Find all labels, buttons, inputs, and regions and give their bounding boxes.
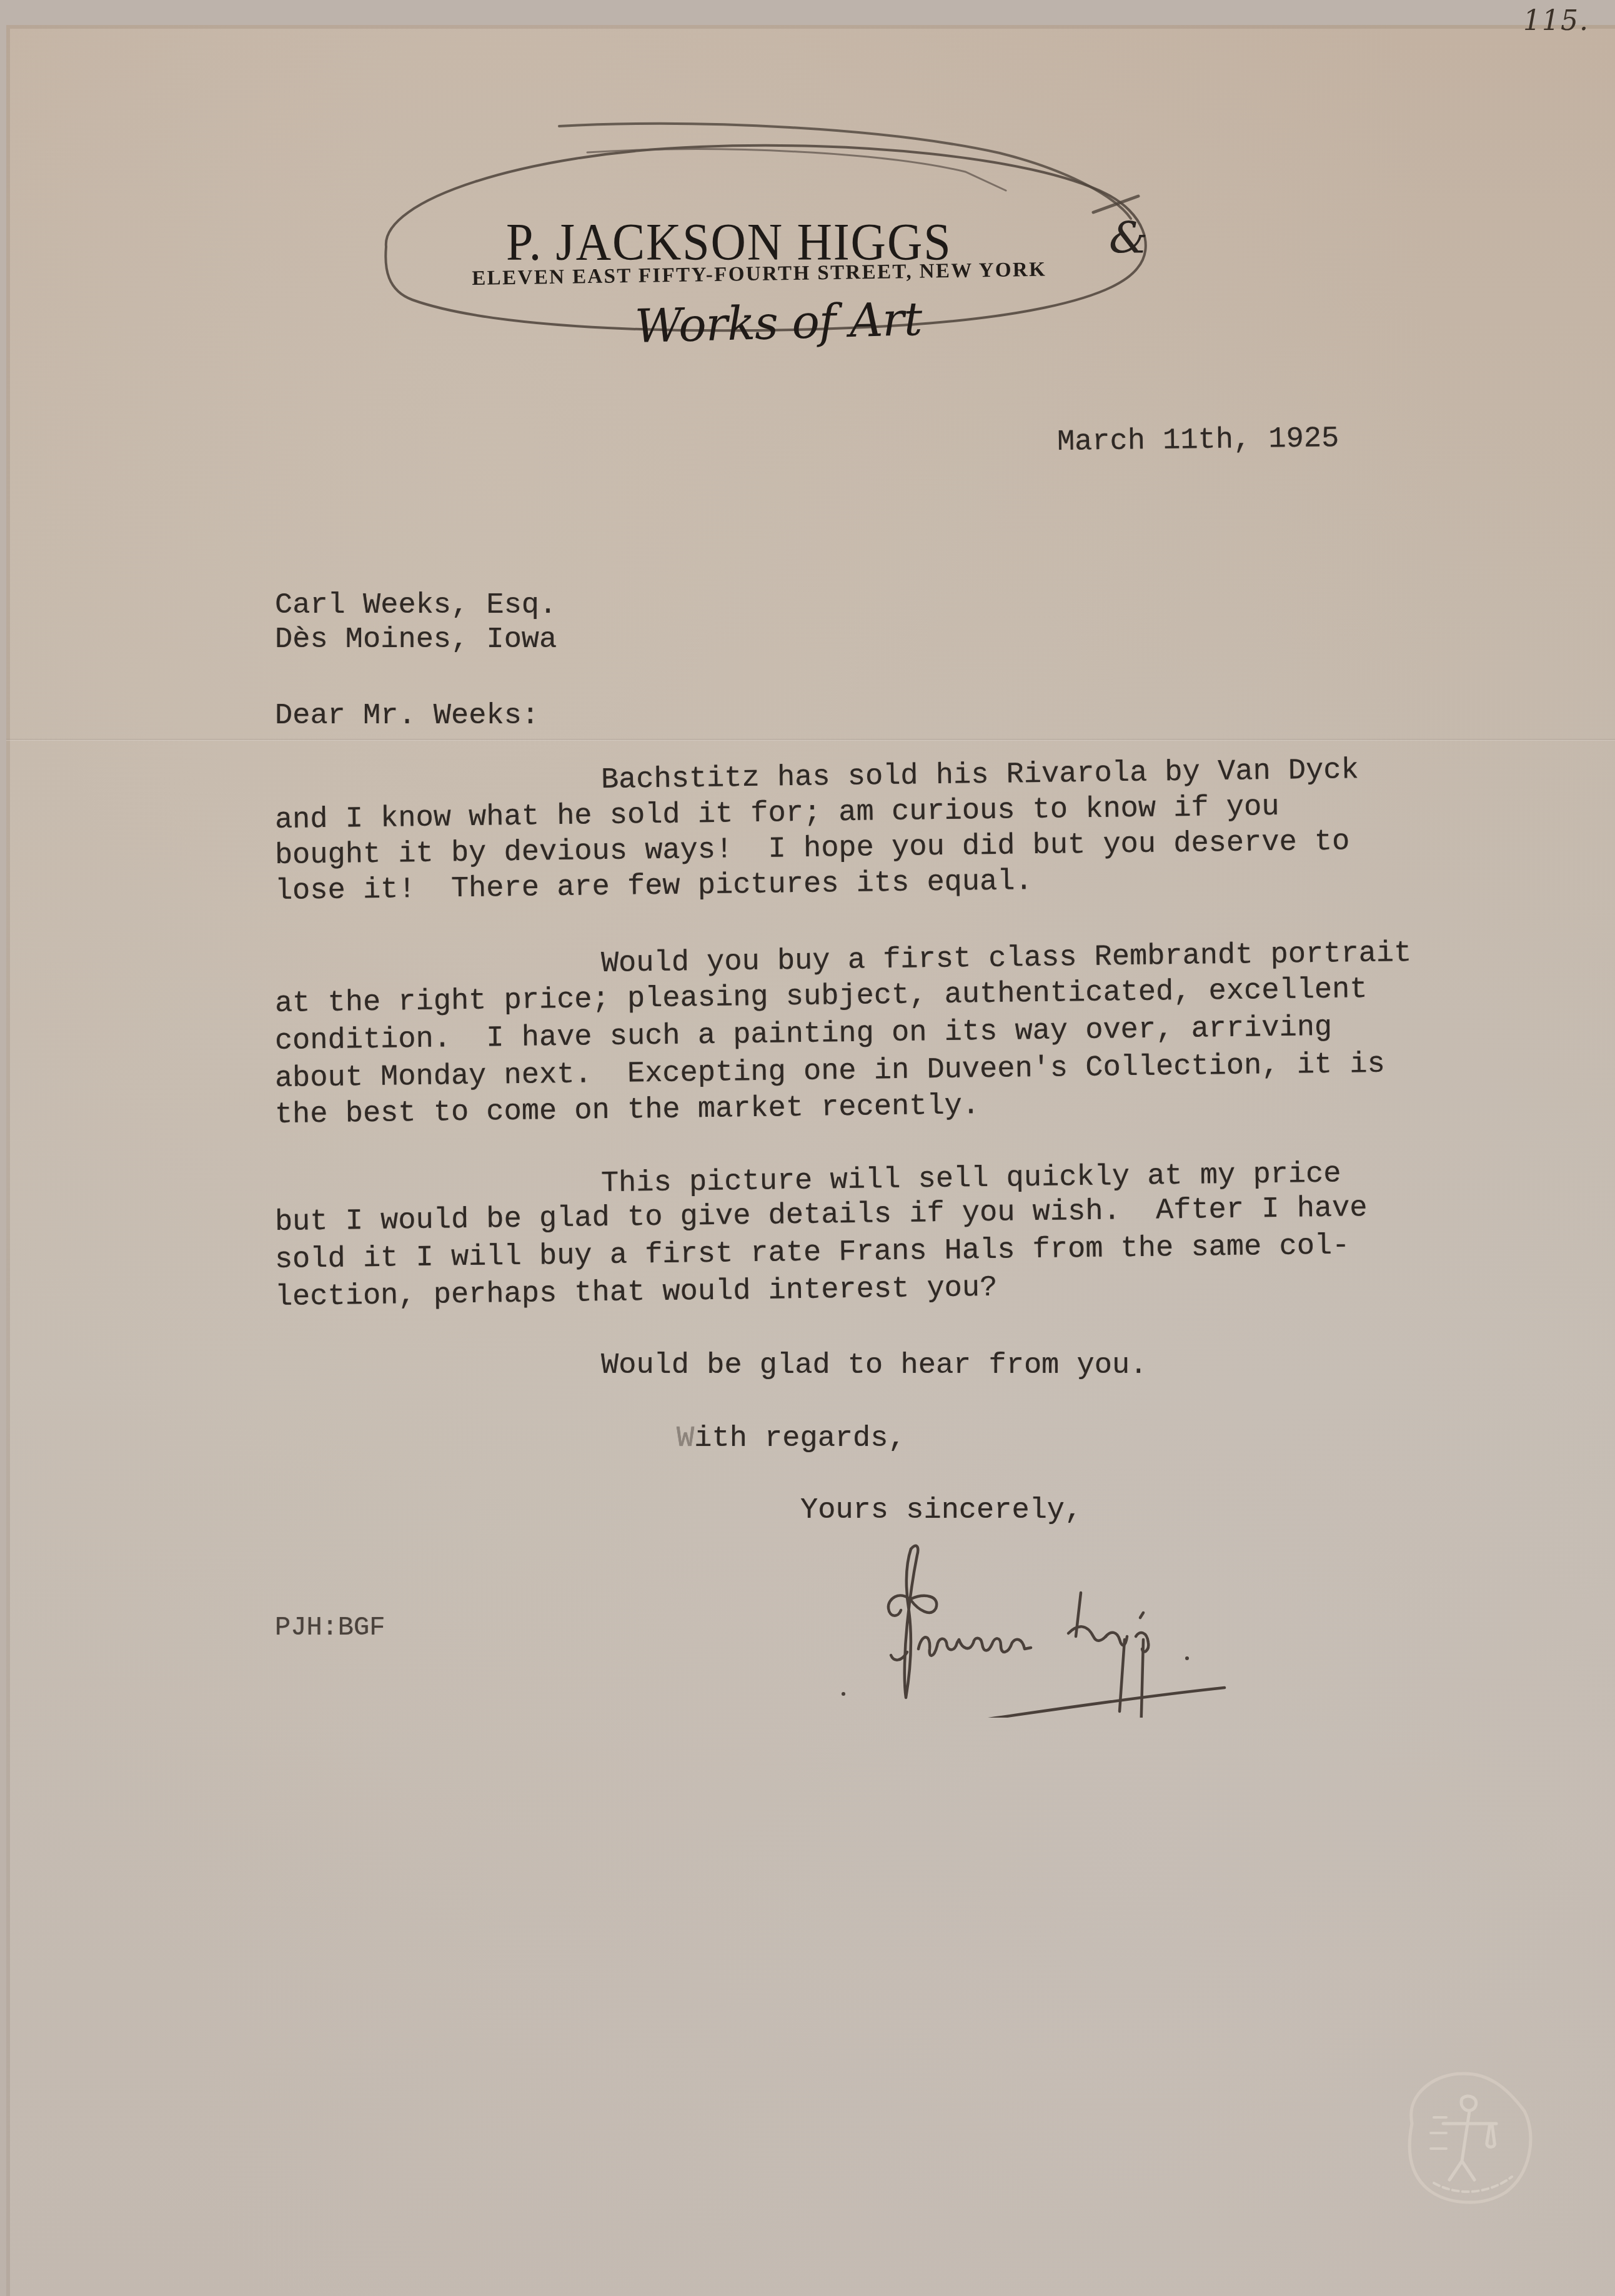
letterhead: P. JACKSON HIGGS & ELEVEN EAST FIFTY-FOU… [375,112,1225,387]
paper-fold-crease [6,739,1615,741]
salutation: Dear Mr. Weeks: [275,701,539,731]
closing-line: Would be glad to hear from you. [601,1351,1147,1380]
reference-initials: PJH:BGF [275,1613,385,1643]
recipient-name: Carl Weeks, Esq. [275,591,557,620]
embossed-seal-icon [1387,2055,1549,2217]
recipient-city: Dès Moines, Iowa [275,625,557,655]
handwritten-page-number: 115. [1523,5,1589,37]
handwritten-signature-icon [831,1530,1231,1718]
regards-line: With regards, [677,1424,906,1453]
letterhead-ampersand: & [1109,212,1148,264]
faint-typed-letter: W [677,1422,694,1455]
letterhead-tagline: Works of Art [634,292,922,354]
letter-date: March 11th, 1925 [1057,424,1339,457]
complimentary-close: Yours sincerely, [800,1496,1082,1525]
